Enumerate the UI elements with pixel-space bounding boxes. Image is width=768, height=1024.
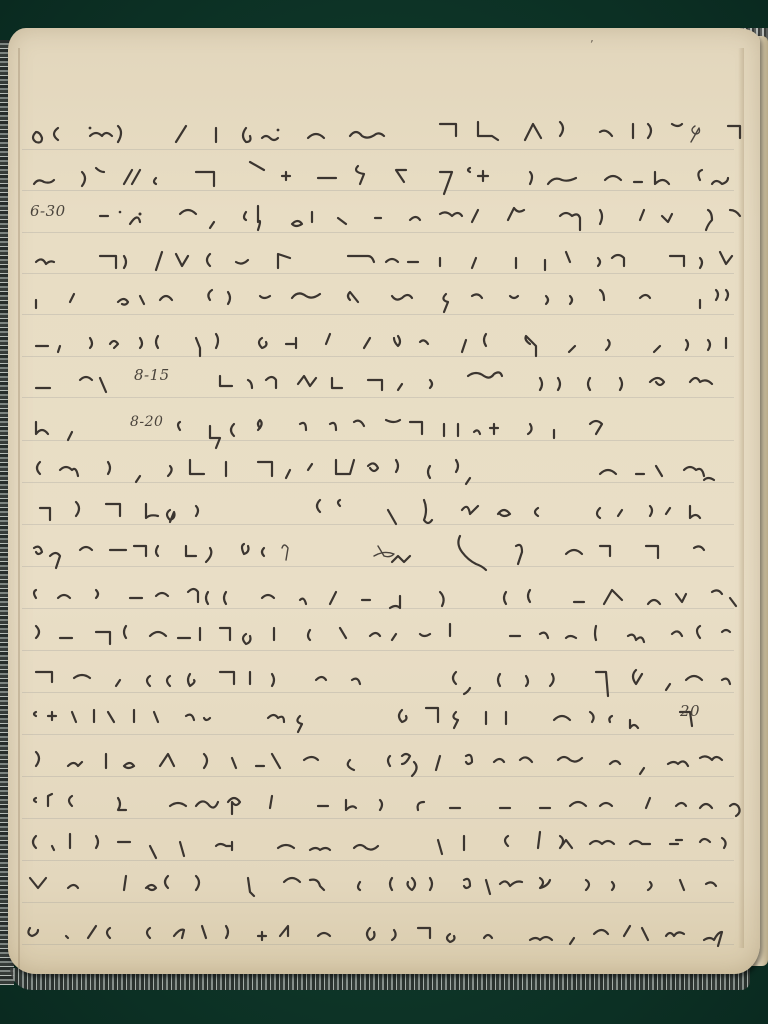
shorthand-line-20 <box>28 926 722 946</box>
shorthand-line-3 <box>100 206 740 230</box>
shorthand-line-4 <box>36 252 732 270</box>
shorthand-line-6 <box>36 334 726 356</box>
shorthand-line-12 <box>34 589 736 608</box>
shorthand-handwriting <box>0 0 768 1024</box>
time-annotation-8-20: 8-20 <box>130 414 163 430</box>
shorthand-line-18 <box>33 832 726 858</box>
shorthand-line-2 <box>34 162 728 194</box>
shorthand-line-17 <box>34 794 740 816</box>
shorthand-line-11 <box>34 536 704 570</box>
time-annotation-8-15: 8-15 <box>134 366 170 384</box>
shorthand-line-9 <box>37 460 714 484</box>
shorthand-line-8 <box>36 420 602 448</box>
shorthand-line-19 <box>30 876 716 896</box>
time-annotation-6-30: 6-30 <box>30 202 66 220</box>
shorthand-line-16 <box>36 752 722 776</box>
shorthand-line-5 <box>36 290 728 312</box>
shorthand-line-13 <box>36 624 730 644</box>
shorthand-line-15 <box>34 708 692 732</box>
shorthand-line-14 <box>36 670 730 696</box>
shorthand-line-10 <box>40 500 700 524</box>
shorthand-line-1 <box>33 122 740 143</box>
number-annotation-20: 20 <box>680 702 700 720</box>
